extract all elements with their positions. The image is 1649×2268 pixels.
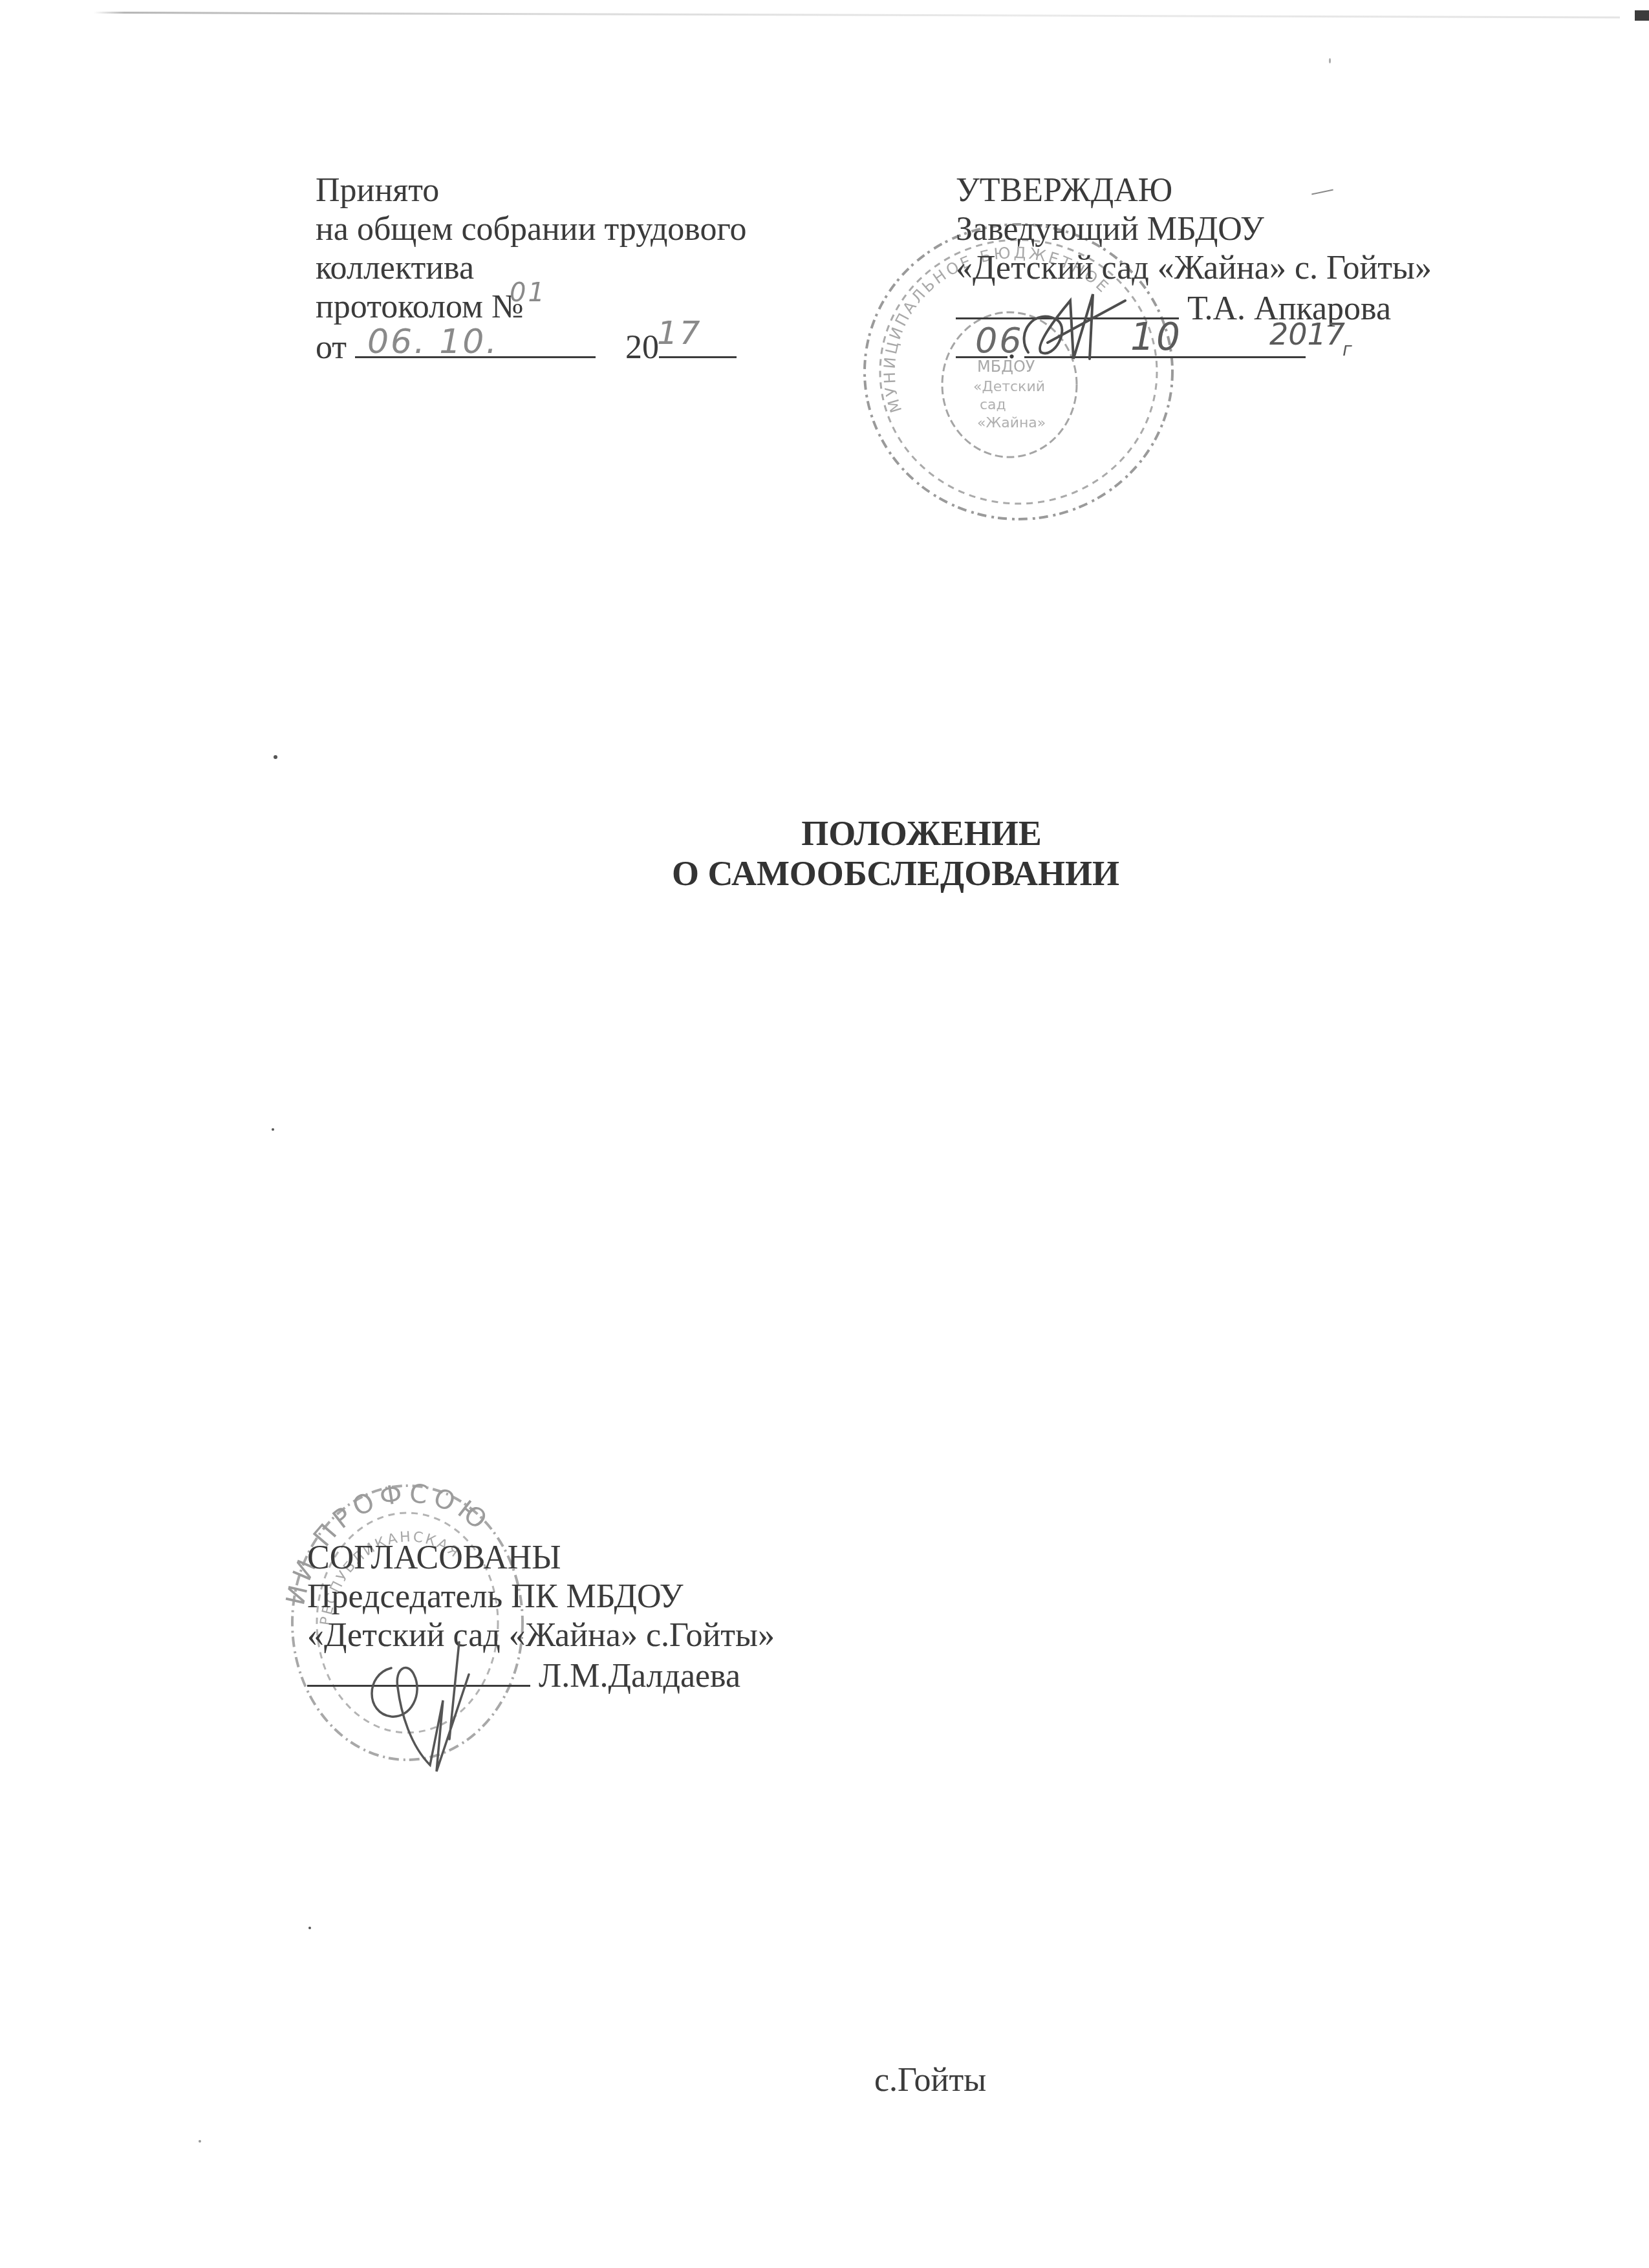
year-prefix: 20 <box>625 329 659 366</box>
month-field <box>1024 326 1212 358</box>
agreed-position: Председатель ПК МБДОУ <box>307 1578 775 1616</box>
approved-heading: УТВЕРЖДАЮ <box>956 171 1432 210</box>
agreed-organization: «Детский сад «Жайна» с.Гойты» <box>307 1616 775 1655</box>
document-page: МУНИЦИПАЛЬНОЕ БЮДЖЕТНОЕ МБДОУ «Детский с… <box>0 0 1649 2268</box>
year-suffix-handwritten: г <box>1342 330 1354 369</box>
scan-speck <box>274 755 277 759</box>
agreed-signer-name: Л.М.Далдаева <box>539 1658 740 1695</box>
accepted-heading: Принято <box>316 171 747 210</box>
svg-text:«Жайна»: «Жайна» <box>977 415 1046 431</box>
approved-block: УТВЕРЖДАЮ Заведующий МБДОУ «Детский сад … <box>956 171 1432 365</box>
scan-speck <box>308 1927 311 1929</box>
scan-speck <box>272 1128 274 1131</box>
protocol-number-handwritten: 01 <box>510 273 546 312</box>
place-of-issue: с.Гойты <box>874 2061 986 2099</box>
accepted-block: Принято на общем собрании трудового колл… <box>316 171 747 365</box>
year-handwritten: 17 <box>657 314 702 352</box>
month-handwritten: 10 <box>1130 317 1182 356</box>
agreed-heading: СОГЛАСОВАНЫ <box>307 1539 775 1578</box>
scan-corner-mark <box>1635 10 1649 21</box>
agreed-block: СОГЛАСОВАНЫ Председатель ПК МБДОУ «Детск… <box>307 1539 775 1694</box>
document-title-line2: О САМООБСЛЕДОВАНИИ <box>0 853 1649 893</box>
agreed-signature-line: Л.М.Далдаева <box>307 1655 775 1694</box>
accepted-meeting-line: на общем собрании трудового <box>316 210 747 249</box>
date-prefix: от <box>316 329 347 366</box>
approved-organization: «Детский сад «Жайна» с. Гойты» <box>956 249 1432 288</box>
protocol-label: протоколом № <box>316 288 524 325</box>
svg-text:«Детский: «Детский <box>973 379 1045 395</box>
approved-signature-line: Т.А. Апкарова <box>956 288 1432 326</box>
date-handwritten: 06. 10. <box>367 323 499 361</box>
scan-speck <box>1329 58 1331 63</box>
document-title-line1: ПОЛОЖЕНИЕ <box>0 813 1649 853</box>
scan-edge-line <box>94 12 1620 18</box>
day-handwritten: 06 <box>975 321 1024 360</box>
approved-date-line: . 06 10 2017 г <box>956 326 1432 365</box>
approved-position: Заведующий МБДОУ <box>956 210 1432 249</box>
year-handwritten: 2017 <box>1269 315 1345 354</box>
signature-field <box>307 1655 530 1687</box>
scan-speck <box>199 2140 201 2143</box>
svg-text:сад: сад <box>980 397 1006 413</box>
accepted-date-line: от 20 06. 10. 17 <box>316 326 747 365</box>
